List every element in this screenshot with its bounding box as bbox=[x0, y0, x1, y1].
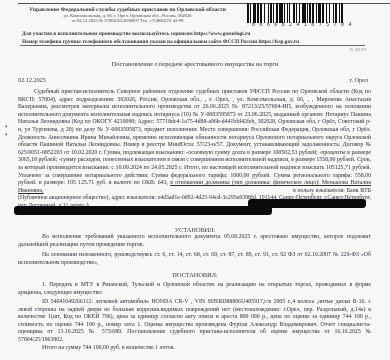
legal-basis-paragraph: На основании изложенного, руководствуясь… bbox=[18, 252, 371, 267]
item1-paragraph: 1. Передать в МТУ в Рязанской, Тульской … bbox=[18, 282, 371, 297]
redaction-bar bbox=[14, 206, 272, 215]
document-city: г. Орел bbox=[350, 77, 368, 84]
scan-speck: • bbox=[5, 131, 7, 139]
intro-text: Судебный пристав-исполнитель Северное ра… bbox=[18, 89, 371, 186]
document-date: 02.12.2025 bbox=[18, 77, 46, 84]
scan-speck: • bbox=[5, 123, 7, 131]
established-paragraph: Во исполнение требований указанного испо… bbox=[18, 234, 371, 249]
section-established: УСТАНОВИЛ: bbox=[0, 227, 390, 234]
property-paragraph: ID 54041049266112: легковой автомобиль H… bbox=[18, 299, 371, 345]
header-divider bbox=[20, 45, 365, 46]
file-stamp: В ДЕЛО bbox=[350, 47, 367, 52]
barcode-icon bbox=[247, 3, 384, 23]
total-paragraph: Итого на сумму 744 100,00 руб. в количес… bbox=[18, 345, 371, 353]
intro-paragraph: Судебный пристав-исполнитель Северное ра… bbox=[18, 89, 371, 211]
document-title: Постановление о передаче арестованного и… bbox=[0, 61, 390, 68]
letterhead: Управление Федеральной службы судебных п… bbox=[10, 8, 245, 24]
gosuslugi-notice: Для участия в исполнительном производств… bbox=[22, 31, 250, 37]
barcode-number: 80668241875704 bbox=[252, 22, 384, 28]
section-resolved: ПОСТАНОВИЛ: bbox=[0, 272, 390, 279]
scanned-document-page: Управление Федеральной службы судебных п… bbox=[0, 0, 390, 360]
reference-line: от 02.12.2025 № 57004/25/2036897 Тел. +7… bbox=[10, 18, 245, 23]
